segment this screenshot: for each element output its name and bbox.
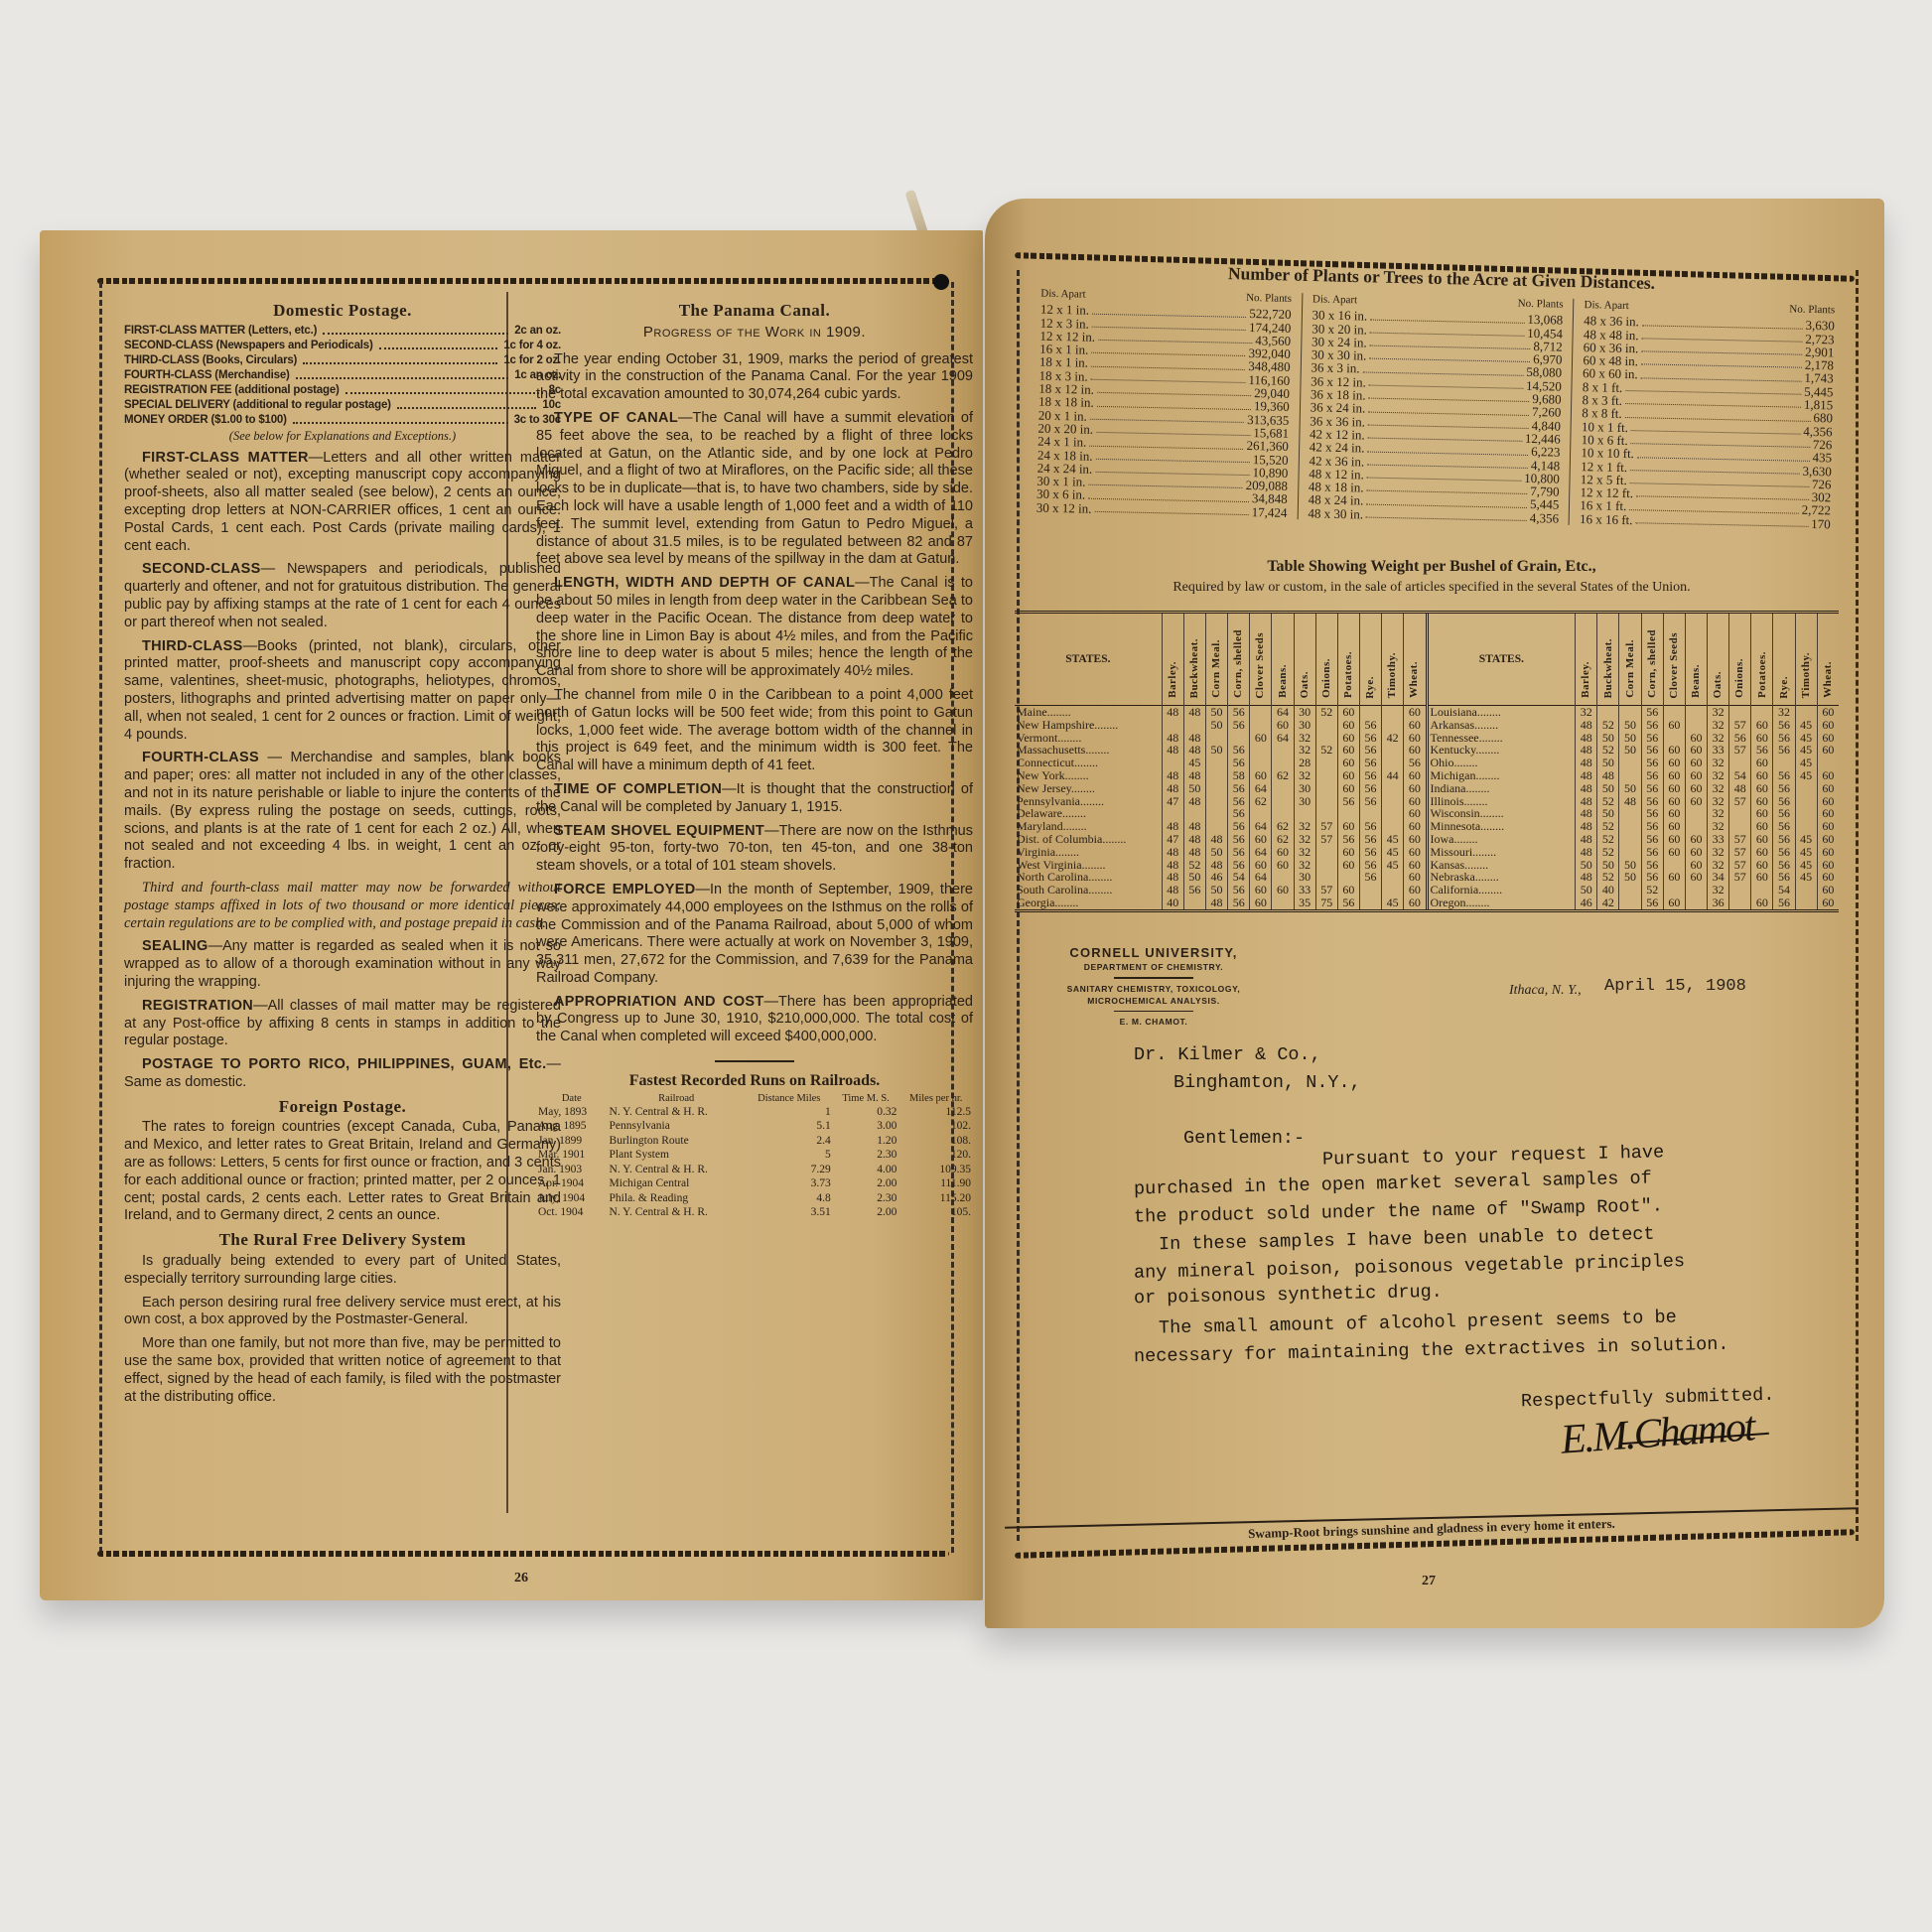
table-row: Indiana........4850505660603248605660 — [1429, 782, 1840, 795]
cell-date: Jan. 1899 — [536, 1134, 608, 1149]
weight-cell: 60 — [1404, 706, 1426, 719]
weight-cell — [1729, 884, 1751, 897]
weight-cell: 56 — [1641, 846, 1663, 859]
weight-cell: 56 — [1773, 833, 1795, 846]
table-row: Oct. 1904N. Y. Central & H. R.3.512.0010… — [536, 1205, 973, 1220]
weight-cell: 45 — [1382, 833, 1404, 846]
cell-mph: 111.90 — [898, 1176, 973, 1191]
weight-cell: 60 — [1817, 782, 1839, 795]
leader-dots — [1088, 488, 1249, 502]
letter-salutation: Gentlemen:- — [1183, 1128, 1305, 1149]
weight-cell: 52 — [1597, 833, 1619, 846]
column-header: Buckwheat. — [1597, 614, 1619, 706]
weight-cell — [1619, 807, 1641, 820]
weight-cell: 64 — [1272, 706, 1294, 719]
table-row: California........504052325460 — [1429, 884, 1840, 897]
weight-cell: 57 — [1729, 871, 1751, 884]
domestic-postage-title: Domestic Postage. — [124, 302, 561, 320]
weight-cell: 60 — [1404, 833, 1426, 846]
weight-cell: 48 — [1162, 744, 1183, 757]
bushel-subtitle: Required by law or custom, in the sale o… — [1025, 580, 1839, 596]
weight-cell: 56 — [1337, 897, 1359, 909]
weight-cell: 56 — [1773, 769, 1795, 782]
leader-dots — [1629, 500, 1799, 514]
weight-cell: 48 — [1576, 846, 1597, 859]
weight-cell: 60 — [1685, 769, 1707, 782]
table-row: July, 1904Phila. & Reading4.82.30115.20 — [536, 1191, 973, 1206]
weight-cell: 62 — [1272, 833, 1294, 846]
column-label: Potatoes. — [1342, 648, 1355, 701]
weight-cell — [1597, 706, 1619, 719]
weight-cell: 30 — [1294, 719, 1315, 732]
weight-cell: 60 — [1817, 706, 1839, 719]
weight-cell — [1205, 782, 1227, 795]
section-rule — [715, 1060, 794, 1062]
weight-cell — [1315, 795, 1337, 808]
column-header: Barley. — [1162, 614, 1183, 706]
column-header: Corn, shelled — [1641, 614, 1663, 706]
weight-cell — [1272, 897, 1294, 909]
section-paragraph: FIRST-CLASS MATTER—Letters and all other… — [124, 450, 561, 556]
weight-cell — [1619, 706, 1641, 719]
weight-cell: 60 — [1337, 706, 1359, 719]
header-distance: Distance Miles — [746, 1092, 833, 1105]
weight-cell: 45 — [1795, 846, 1817, 859]
column-label: Clover Seeds — [1668, 629, 1681, 702]
column-header: Barley. — [1576, 614, 1597, 706]
weight-cell — [1183, 897, 1205, 909]
state-name: Indiana........ — [1429, 782, 1576, 795]
weight-cell: 45 — [1382, 859, 1404, 872]
table-row: Michigan........4848566060325460564560 — [1429, 769, 1840, 782]
leader-dots — [1091, 344, 1245, 357]
cell-mph: 120. — [898, 1148, 973, 1163]
weight-cell: 56 — [1228, 897, 1250, 909]
column-label: Oats. — [1712, 668, 1725, 701]
weight-cell: 50 — [1205, 744, 1227, 757]
rate-label: THIRD-CLASS (Books, Circulars) — [124, 353, 297, 368]
foreign-postage-title: Foreign Postage. — [124, 1098, 561, 1116]
weight-cell: 48 — [1205, 833, 1227, 846]
leader-dots — [1369, 349, 1530, 363]
leader-dots — [1368, 415, 1529, 429]
weight-cell: 56 — [1359, 833, 1381, 846]
header-plants: No. Plants — [1246, 292, 1292, 306]
rate-label: MONEY ORDER ($1.00 to $100) — [124, 413, 287, 428]
column-header: Corn Meal. — [1619, 614, 1641, 706]
weight-cell: 60 — [1404, 719, 1426, 732]
weight-cell: 60 — [1404, 769, 1426, 782]
weight-cell: 57 — [1729, 833, 1751, 846]
table-row: Apr. 1904Michigan Central3.732.00111.90 — [536, 1176, 973, 1191]
cell-railroad: Plant System — [608, 1148, 746, 1163]
weight-cell: 56 — [1359, 871, 1381, 884]
letterhead-specialties: MICROCHEMICAL ANALYSIS. — [1044, 996, 1263, 1006]
weight-cell — [1162, 719, 1183, 732]
table-row: Oregon........4642566036605660 — [1429, 897, 1840, 909]
rate-label: SECOND-CLASS (Newspapers and Periodicals… — [124, 339, 373, 353]
weight-cell — [1685, 807, 1707, 820]
header-date: Date — [536, 1092, 608, 1105]
leader-dots — [1367, 482, 1528, 495]
table-row: Minnesota........4852566032605660 — [1429, 820, 1840, 833]
section-lead: FORCE EMPLOYED — [554, 882, 695, 897]
column-label: Corn, shelled — [1232, 626, 1245, 701]
header-plants: No. Plants — [1789, 303, 1835, 317]
weight-cell: 48 — [1183, 846, 1205, 859]
weight-cell: 56 — [1641, 833, 1663, 846]
weight-cell: 48 — [1162, 706, 1183, 719]
weight-cell — [1619, 884, 1641, 897]
section-paragraph: TIME OF COMPLETION—It is thought that th… — [536, 781, 973, 817]
page-number: 26 — [514, 1571, 528, 1587]
weight-cell: 48 — [1183, 795, 1205, 808]
weight-cell — [1315, 782, 1337, 795]
weight-cell: 60 — [1751, 871, 1773, 884]
state-name: Arkansas........ — [1429, 719, 1576, 732]
state-name: Oregon........ — [1429, 897, 1576, 909]
cell-railroad: Pennsylvania — [608, 1119, 746, 1134]
leader-dots — [293, 413, 508, 424]
section-paragraph: THIRD-CLASS—Books (printed, not blank), … — [124, 638, 561, 745]
cell-time: 2.00 — [833, 1205, 899, 1220]
weight-cell — [1205, 795, 1227, 808]
weight-cell: 60 — [1337, 769, 1359, 782]
section-paragraph: LENGTH, WIDTH AND DEPTH OF CANAL—The Can… — [536, 575, 973, 681]
cell-distance: 3.73 — [746, 1176, 833, 1191]
column-header: Oats. — [1708, 614, 1729, 706]
rural-paragraph: Is gradually being extended to every par… — [124, 1253, 561, 1289]
weight-cell: 32 — [1294, 833, 1315, 846]
cell-time: 1.20 — [833, 1134, 899, 1149]
column-header: Clover Seeds — [1250, 614, 1272, 706]
weight-cell: 56 — [1228, 782, 1250, 795]
leader-dots — [1368, 429, 1522, 443]
weight-cell: 60 — [1337, 859, 1359, 872]
weight-cell: 60 — [1663, 871, 1685, 884]
weight-cell: 60 — [1817, 769, 1839, 782]
weight-cell: 60 — [1685, 782, 1707, 795]
weight-cell: 60 — [1250, 732, 1272, 745]
weight-cell: 60 — [1250, 897, 1272, 909]
cell-time: 2.00 — [833, 1176, 899, 1191]
weight-cell: 48 — [1183, 769, 1205, 782]
weight-cell: 48 — [1162, 782, 1183, 795]
header-row: STATES.Barley.Buckwheat.Corn Meal.Corn, … — [1429, 614, 1840, 706]
column-label: Wheat. — [1822, 658, 1835, 701]
table-row: Jan. 1903N. Y. Central & H. R.7.294.0010… — [536, 1163, 973, 1177]
cell-railroad: Phila. & Reading — [608, 1191, 746, 1206]
section-lead: THIRD-CLASS — [142, 638, 243, 654]
section-paragraph: FOURTH-CLASS — Merchandise and samples, … — [124, 750, 561, 874]
state-name: Georgia........ — [1015, 897, 1162, 909]
weight-cell — [1272, 744, 1294, 757]
state-name: Michigan........ — [1429, 769, 1576, 782]
cell-distance: 5 — [746, 1148, 833, 1163]
leader-dots — [1090, 409, 1244, 423]
weight-cell: 60 — [1751, 782, 1773, 795]
weight-cell: 75 — [1315, 897, 1337, 909]
weight-cell: 60 — [1751, 897, 1773, 909]
weight-cell — [1315, 859, 1337, 872]
weight-cell: 60 — [1685, 795, 1707, 808]
weight-cell: 48 — [1183, 833, 1205, 846]
weight-cell — [1795, 897, 1817, 909]
column-header: Timothy. — [1382, 614, 1404, 706]
section-text: — Merchandise and samples, blank books a… — [124, 750, 561, 872]
weight-cell: 56 — [1359, 846, 1381, 859]
weight-cell: 57 — [1729, 719, 1751, 732]
weight-cell: 50 — [1619, 744, 1641, 757]
leader-dots — [1094, 502, 1248, 516]
weight-cell — [1359, 884, 1381, 897]
panama-sections: TYPE OF CANAL—The Canal will have a summ… — [536, 410, 973, 1046]
table-row: Kentucky........485250566060335756564560 — [1429, 744, 1840, 757]
weight-cell: 60 — [1663, 846, 1685, 859]
weight-cell — [1382, 807, 1404, 820]
weight-cell: 56 — [1228, 833, 1250, 846]
weight-cell: 56 — [1359, 769, 1381, 782]
state-name: New Hampshire........ — [1015, 719, 1162, 732]
table-row: Aug. 1895Pennsylvania5.13.00102. — [536, 1119, 973, 1134]
leader-dots — [397, 398, 537, 409]
weight-cell: 33 — [1708, 833, 1729, 846]
left-page: Domestic Postage. FIRST-CLASS MATTER (Le… — [40, 230, 983, 1600]
table-row: Arkansas........4852505660325760564560 — [1429, 719, 1840, 732]
weight-cell: 56 — [1228, 846, 1250, 859]
column-label: Timothy. — [1800, 649, 1813, 701]
weight-cell: 48 — [1183, 706, 1205, 719]
column-label: Corn Meal. — [1210, 636, 1223, 701]
weight-cell: 60 — [1817, 744, 1839, 757]
leader-dots — [1367, 468, 1521, 482]
section-lead: TIME OF COMPLETION — [554, 781, 722, 797]
letterhead-department: DEPARTMENT OF CHEMISTRY. — [1044, 962, 1263, 972]
weight-cell: 60 — [1404, 782, 1426, 795]
section-paragraph: STEAM SHOVEL EQUIPMENT—There are now on … — [536, 823, 973, 876]
column-label: Potatoes. — [1756, 648, 1769, 701]
rate-row: THIRD-CLASS (Books, Circulars)1c for 2 o… — [124, 353, 561, 368]
page-number: 27 — [1422, 1574, 1436, 1589]
weight-cell — [1795, 706, 1817, 719]
leader-dots — [1370, 336, 1531, 349]
table-row: Dist. of Columbia........474848566062325… — [1015, 833, 1426, 846]
bottom-border — [97, 1551, 949, 1557]
section-lead: APPROPRIATION AND COST — [554, 994, 764, 1010]
leader-dots — [1097, 396, 1251, 410]
section-lead: FIRST-CLASS MATTER — [142, 450, 309, 466]
column-label: Barley. — [1580, 658, 1592, 701]
weight-cell: 54 — [1729, 769, 1751, 782]
states-header: STATES. — [1429, 614, 1576, 706]
section-lead: REGISTRATION — [142, 998, 253, 1014]
column-label: Corn, shelled — [1646, 626, 1659, 701]
weight-cell: 62 — [1250, 795, 1272, 808]
cell-mph: 112.5 — [898, 1105, 973, 1120]
table-row: Georgia........404856603575564560 — [1015, 897, 1426, 909]
weight-cell: 32 — [1294, 846, 1315, 859]
weight-cell — [1250, 744, 1272, 757]
weight-cell: 32 — [1294, 769, 1315, 782]
cell-railroad: N. Y. Central & H. R. — [608, 1105, 746, 1120]
weight-cell: 50 — [1619, 719, 1641, 732]
plant-count: 435 — [1812, 451, 1832, 465]
leader-dots — [1368, 402, 1529, 416]
cell-date: Aug. 1895 — [536, 1119, 608, 1134]
column-header: Corn, shelled — [1228, 614, 1250, 706]
leader-dots — [1095, 463, 1249, 477]
weight-cell: 64 — [1272, 732, 1294, 745]
letterhead-name: E. M. CHAMOT. — [1044, 1017, 1263, 1027]
section-lead: POSTAGE TO PORTO RICO, PHILIPPINES, GUAM… — [142, 1056, 547, 1072]
weight-cell: 45 — [1795, 769, 1817, 782]
weight-cell — [1250, 706, 1272, 719]
weight-cell — [1619, 769, 1641, 782]
weight-cell: 56 — [1359, 795, 1381, 808]
weight-cell: 56 — [1337, 833, 1359, 846]
section-lead: SEALING — [142, 938, 208, 954]
leader-dots — [1091, 370, 1246, 384]
weight-cell: 56 — [1183, 884, 1205, 897]
table-row: New Hampshire........50566030605660 — [1015, 719, 1426, 732]
column-header: Oats. — [1294, 614, 1315, 706]
section-paragraph: TYPE OF CANAL—The Canal will have a summ… — [536, 410, 973, 569]
weight-cell — [1359, 706, 1381, 719]
weight-cell — [1663, 706, 1685, 719]
panama-title: The Panama Canal. — [536, 302, 973, 320]
rate-label: FOURTH-CLASS (Merchandise) — [124, 368, 290, 383]
weight-cell — [1619, 897, 1641, 909]
foreign-postage-text: The rates to foreign countries (except C… — [124, 1119, 561, 1225]
column-label: Onions. — [1733, 655, 1746, 701]
weight-cell: 56 — [1773, 846, 1795, 859]
weight-cell: 50 — [1597, 782, 1619, 795]
rate-label: REGISTRATION FEE (additional postage) — [124, 383, 340, 398]
weight-cell: 45 — [1382, 846, 1404, 859]
leader-dots — [1370, 310, 1524, 324]
weight-cell: 57 — [1729, 795, 1751, 808]
column-label: Timothy. — [1386, 649, 1399, 701]
weight-cell: 50 — [1205, 846, 1227, 859]
weight-cell: 60 — [1751, 846, 1773, 859]
weight-cell: 45 — [1795, 871, 1817, 884]
rural-delivery-title: The Rural Free Delivery System — [124, 1231, 561, 1249]
weight-cell: 56 — [1641, 706, 1663, 719]
weight-cell — [1205, 769, 1227, 782]
postage-sections-2: SEALING—Any matter is regarded as sealed… — [124, 938, 561, 1091]
weight-cell: 56 — [1228, 719, 1250, 732]
section-paragraph: REGISTRATION—All classes of mail matter … — [124, 998, 561, 1050]
weight-cell: 57 — [1729, 846, 1751, 859]
weight-cell: 32 — [1708, 706, 1729, 719]
weight-cell: 48 — [1576, 782, 1597, 795]
weight-cell: 48 — [1729, 782, 1751, 795]
weight-cell: 52 — [1597, 719, 1619, 732]
column-label: Wheat. — [1408, 658, 1421, 701]
panama-subtitle: Progress of the Work in 1909. — [536, 324, 973, 342]
weight-cell: 35 — [1294, 897, 1315, 909]
weight-cell — [1382, 795, 1404, 808]
weight-cell: 52 — [1597, 846, 1619, 859]
leader-dots — [1366, 507, 1527, 521]
plants-column: Dis. ApartNo. Plants48 x 36 in.3,63048 x… — [1570, 299, 1845, 531]
weight-cell: 56 — [1773, 744, 1795, 757]
weight-cell: 57 — [1729, 744, 1751, 757]
weight-cell — [1795, 782, 1817, 795]
weight-cell: 45 — [1795, 833, 1817, 846]
weight-cell: 52 — [1315, 744, 1337, 757]
weight-cell: 32 — [1708, 769, 1729, 782]
leader-dots — [1095, 449, 1249, 463]
weight-cell — [1795, 795, 1817, 808]
column-label: Buckwheat. — [1602, 635, 1615, 701]
table-row: New Jersey........4850566430605660 — [1015, 782, 1426, 795]
weight-cell: 60 — [1337, 782, 1359, 795]
weight-cell: 60 — [1817, 719, 1839, 732]
binding-hole — [933, 274, 949, 290]
weight-cell: 52 — [1315, 706, 1337, 719]
rural-paragraph: More than one family, but not more than … — [124, 1335, 561, 1406]
weight-cell — [1619, 757, 1641, 769]
letterhead-rule — [1114, 1011, 1193, 1013]
cell-mph: 108. — [898, 1134, 973, 1149]
cell-time: 4.00 — [833, 1163, 899, 1177]
cell-time: 0.32 — [833, 1105, 899, 1120]
weight-cell: 60 — [1685, 833, 1707, 846]
weight-cell: 48 — [1162, 846, 1183, 859]
weight-cell: 50 — [1619, 871, 1641, 884]
leader-dots — [1092, 304, 1246, 318]
column-header: Rye. — [1773, 614, 1795, 706]
cell-railroad: N. Y. Central & H. R. — [608, 1205, 746, 1220]
weight-cell: 48 — [1576, 769, 1597, 782]
weight-cell: 60 — [1685, 846, 1707, 859]
section-paragraph: POSTAGE TO PORTO RICO, PHILIPPINES, GUAM… — [124, 1056, 561, 1092]
weight-cell — [1382, 706, 1404, 719]
weight-cell: 32 — [1708, 782, 1729, 795]
weight-cell: 48 — [1205, 897, 1227, 909]
cell-date: Jan. 1903 — [536, 1163, 608, 1177]
column-header: Rye. — [1359, 614, 1381, 706]
letterhead-rule — [1114, 977, 1193, 979]
weight-cell: 62 — [1272, 769, 1294, 782]
weight-cell: 32 — [1708, 846, 1729, 859]
bushel-table: STATES.Barley.Buckwheat.Corn Meal.Corn, … — [1015, 611, 1839, 912]
weight-cell: 57 — [1315, 833, 1337, 846]
column-header: Buckwheat. — [1183, 614, 1205, 706]
letter-recipient: Dr. Kilmer & Co., — [1134, 1044, 1321, 1065]
cell-time: 3.00 — [833, 1119, 899, 1134]
leader-dots — [1367, 442, 1528, 456]
weight-cell — [1382, 744, 1404, 757]
state-name: Iowa........ — [1429, 833, 1576, 846]
weight-cell — [1250, 719, 1272, 732]
bushel-title: Table Showing Weight per Bushel of Grain… — [1025, 558, 1839, 576]
weight-cell: 60 — [1250, 769, 1272, 782]
weight-cell: 30 — [1294, 795, 1315, 808]
weight-cell: 45 — [1382, 897, 1404, 909]
header-railroad: Railroad — [608, 1092, 746, 1105]
weight-cell: 30 — [1294, 706, 1315, 719]
column-header: Timothy. — [1795, 614, 1817, 706]
column-header: Beans. — [1272, 614, 1294, 706]
cell-mph: 102. — [898, 1119, 973, 1134]
state-name: Dist. of Columbia........ — [1015, 833, 1162, 846]
weight-cell: 42 — [1597, 897, 1619, 909]
column-header: Onions. — [1315, 614, 1337, 706]
weight-cell — [1315, 757, 1337, 769]
cell-mph: 115.20 — [898, 1191, 973, 1206]
